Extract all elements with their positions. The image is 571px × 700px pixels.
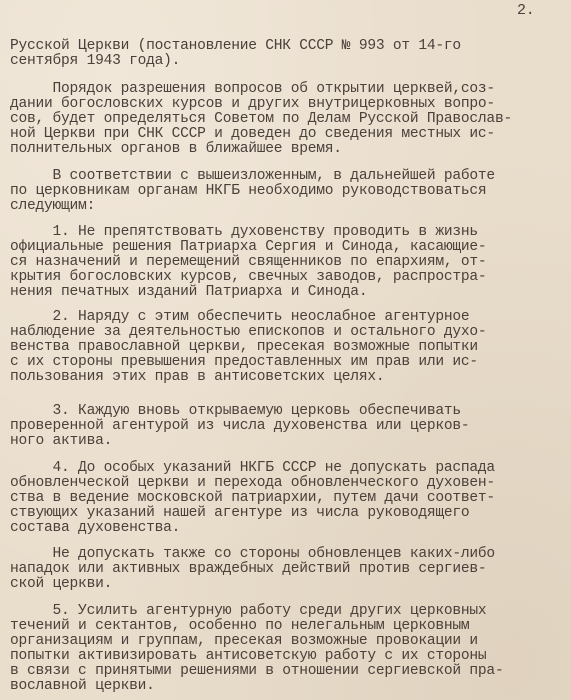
text-line: Русской Церкви (постановление СНК СССР №… [10,39,570,54]
text-line: В соответствии с вышеизложенным, в дальн… [10,169,570,184]
text-line: крытия богословских курсов, свечных заво… [10,270,570,285]
text-line: следующим: [10,199,570,214]
text-line: ской церкви. [10,577,570,592]
text-line: сентября 1943 года). [10,54,570,69]
text-line: обновленческой церкви и перехода обновле… [10,476,570,491]
text-line: в связи с принятыми решениями в отношени… [10,664,570,679]
typewritten-document-page: 2. Русской Церкви (постановление СНК ССС… [0,0,571,700]
text-line: организациям и группам, пресекая возможн… [10,634,570,649]
text-line: венства православной церкви, пресекая во… [10,340,570,355]
paragraph-item-3: 3. Каждую вновь открываемую церковь обес… [10,404,570,449]
page-number: 2. [517,2,535,19]
paragraph-item-1: 1. Не препятствовать духовенству проводи… [10,225,570,300]
text-line: наблюдение за деятельностью епископов и … [10,325,570,340]
text-line: 3. Каждую вновь открываемую церковь обес… [10,404,570,419]
paragraph-procedure: Порядок разрешения вопросов об открытии … [10,82,570,157]
text-line: попытки активизировать антисоветскую раб… [10,649,570,664]
text-line: пользования этих прав в антисоветских це… [10,370,570,385]
text-line: 4. До особых указаний НКГБ СССР не допус… [10,461,570,476]
text-line: сов, будет определяться Советом по Делам… [10,112,570,127]
text-line: 5. Усилить агентурную работу среди други… [10,604,570,619]
paragraph-item-2: 2. Наряду с этим обеспечить неослабное а… [10,310,570,385]
text-line: нападок или активных враждебных действий… [10,562,570,577]
text-line: состава духовенства. [10,521,570,536]
text-line: Не допускать также со стороны обновленце… [10,547,570,562]
text-line: проверенной агентурой из числа духовенст… [10,419,570,434]
text-line: ной Церкви при СНК СССР и доведен до све… [10,127,570,142]
paragraph-intro-continuation: Русской Церкви (постановление СНК СССР №… [10,39,570,69]
paragraph-guidance: В соответствии с вышеизложенным, в дальн… [10,169,570,214]
text-line: 1. Не препятствовать духовенству проводи… [10,225,570,240]
text-line: ся назначений и перемещений священников … [10,255,570,270]
text-line: вославной церкви. [10,679,570,694]
text-line: ствующих указаний нашей агентуре из числ… [10,506,570,521]
text-line: официальные решения Патриарха Сергия и С… [10,240,570,255]
text-line: Порядок разрешения вопросов об открытии … [10,82,570,97]
text-line: течений и сектантов, особенно по нелегал… [10,619,570,634]
text-line: полнительных органов в ближайшее время. [10,142,570,157]
paragraph-item-4: 4. До особых указаний НКГБ СССР не допус… [10,461,570,536]
text-line: 2. Наряду с этим обеспечить неослабное а… [10,310,570,325]
text-line: с их стороны превышения предоставленных … [10,355,570,370]
text-line: нения печатных изданий Патриарха и Синод… [10,285,570,300]
paragraph-item-5: 5. Усилить агентурную работу среди други… [10,604,570,694]
text-line: ного актива. [10,434,570,449]
text-line: дании богословских курсов и других внутр… [10,97,570,112]
paragraph-item-4-addendum: Не допускать также со стороны обновленце… [10,547,570,592]
text-line: ства в ведение московской патриархии, пу… [10,491,570,506]
text-line: по церковникам органам НКГБ необходимо р… [10,184,570,199]
